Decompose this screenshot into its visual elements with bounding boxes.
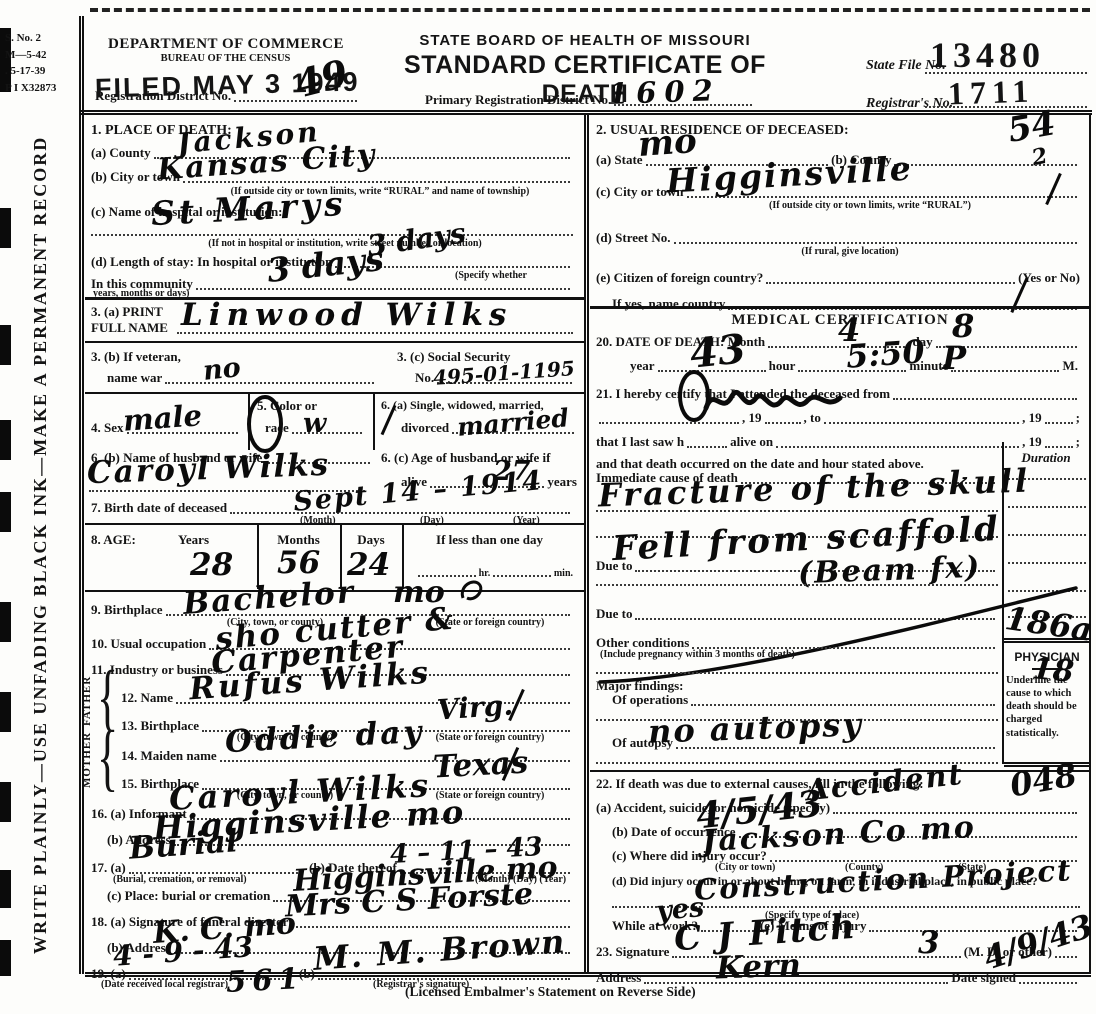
registrar-received-note: (Date received local registrar) xyxy=(101,979,228,990)
mother-brace: { xyxy=(97,721,118,796)
color-race-value: w xyxy=(303,410,326,437)
primary-district-value: 1602 xyxy=(608,76,722,109)
section-rule xyxy=(85,523,585,525)
veteran-row: name war xyxy=(107,370,377,386)
death-certificate-scan: S. No. 2 M—5-42 . 5-17-39 P I X32873 WRI… xyxy=(0,0,1096,1014)
ssn-no-label: No. xyxy=(415,370,434,386)
alive-on-label: alive on xyxy=(730,434,773,450)
father-birthplace-label: 13. Birthplace xyxy=(121,718,199,734)
binder-mark xyxy=(0,420,11,460)
veteran-namewar-label: name war xyxy=(107,370,162,386)
certify-semi: ; xyxy=(1076,410,1080,426)
form-code-line: S. No. 2 xyxy=(5,30,56,47)
binder-mark xyxy=(0,782,11,822)
last-saw-label: that I last saw h xyxy=(596,434,684,450)
father-name-label: 12. Name xyxy=(121,690,173,706)
form-code-line: P I X32873 xyxy=(5,80,56,97)
death-year-label: year xyxy=(630,358,655,374)
father-birthplace-note-state: (State or foreign country) xyxy=(405,732,575,743)
physician-signature-label: 23. Signature xyxy=(596,944,669,960)
section-rule xyxy=(590,306,1090,309)
signature-extra-mark: 3 xyxy=(918,928,940,959)
dotted-line xyxy=(1008,506,1086,508)
stat-code-2: 18 xyxy=(1031,654,1075,688)
dotted-line xyxy=(674,240,1078,244)
citizen-country-row: If yes, name country xyxy=(612,296,1080,312)
autopsy-value: no autopsy xyxy=(648,708,864,747)
residence-street-note: (If rural, give location) xyxy=(770,246,930,257)
form-code-line: M—5-42 xyxy=(5,47,56,64)
dotted-line xyxy=(234,98,357,102)
dotted-line xyxy=(165,380,374,384)
state-file-value: 13480 xyxy=(930,34,1045,76)
dotted-line xyxy=(91,234,573,236)
embalmer-note: (Licensed Embalmer's Statement on Revers… xyxy=(405,984,696,1000)
residence-city-note: (If outside city or town limits, write “… xyxy=(720,200,1020,211)
operations-label: Of operations xyxy=(612,692,688,708)
registrar-no-label: Registrar's No. xyxy=(866,96,953,112)
department-line1: DEPARTMENT OF COMMERCE xyxy=(108,36,343,53)
veteran-value: no xyxy=(202,354,242,385)
age-min-label: min. xyxy=(554,568,573,579)
spouse-age-unit: years xyxy=(547,474,577,490)
primary-district-label: Primary Registration District No. xyxy=(425,92,611,108)
binder-mark xyxy=(0,940,11,976)
accident-value: Accident xyxy=(805,760,965,805)
dotted-line xyxy=(493,573,551,577)
margin-code-value: 54 xyxy=(1005,106,1058,148)
dotted-line xyxy=(196,286,570,290)
dotted-line xyxy=(824,420,1019,424)
cell-divider xyxy=(373,394,375,450)
death-m-label: M. xyxy=(1062,358,1078,374)
age-months-value: 56 xyxy=(277,548,320,579)
disposition-note: (Burial, cremation, or removal) xyxy=(113,874,247,885)
section-rule xyxy=(85,341,585,343)
dotted-line xyxy=(1008,562,1086,564)
date-signed-label: Date signed xyxy=(951,970,1016,986)
citizen-country-label: If yes, name country xyxy=(612,296,725,312)
mother-name-label: 14. Maiden name xyxy=(121,748,217,764)
mother-section-label: MOTHER xyxy=(81,732,93,788)
dotted-line xyxy=(1045,444,1073,448)
birthdate-label: 7. Birth date of deceased xyxy=(91,500,227,516)
death-ampm-value: P xyxy=(942,342,966,374)
burial-place-label: (c) Place: burial or cremation xyxy=(107,888,270,904)
registration-district-label: Registration District No. xyxy=(95,88,231,104)
county-label: (a) County xyxy=(91,145,151,161)
dotted-line xyxy=(1008,534,1086,536)
dotted-line xyxy=(925,106,1087,108)
binder-mark xyxy=(0,602,11,642)
residence-state-label: (a) State xyxy=(596,152,643,168)
full-name-label-line2: FULL NAME xyxy=(91,320,168,336)
ink-oval-mark xyxy=(457,576,487,606)
other-conditions-note: (Include pregnancy within 3 months of de… xyxy=(600,649,795,660)
age-col-days: Days xyxy=(340,532,402,548)
citizen-label: (e) Citizen of foreign country? xyxy=(596,270,763,286)
binder-mark xyxy=(0,208,11,248)
disposition-value: Burial xyxy=(128,826,239,865)
right-column: 2. USUAL RESIDENCE OF DECEASED: 54 2 (a)… xyxy=(590,118,1090,973)
dotted-line xyxy=(1019,980,1077,984)
registration-district-row: Registration District No. xyxy=(95,88,360,104)
left-column: 1. PLACE OF DEATH: (a) County Jackson (b… xyxy=(85,118,585,973)
last-saw-semi: ; xyxy=(1076,434,1080,450)
father-section-label: FATHER xyxy=(81,670,93,726)
spouse-name-value: Caroyl Wilks xyxy=(87,450,331,489)
dotted-line xyxy=(687,444,727,448)
death-day-value: 8 xyxy=(952,310,974,342)
marital-label2: divorced xyxy=(401,420,449,436)
dotted-line xyxy=(596,672,998,674)
full-name-label-line1: 3. (a) PRINT xyxy=(91,304,168,320)
dotted-line xyxy=(230,510,570,514)
dotted-line xyxy=(766,280,1015,284)
ink-scrawl xyxy=(678,368,853,430)
sidebar-instruction: WRITE PLAINLY—USE UNFADING BLACK INK—MAK… xyxy=(30,130,51,960)
dotted-line xyxy=(894,162,1077,166)
occupation-label: 10. Usual occupation xyxy=(91,636,206,652)
form-code-line: . 5-17-39 xyxy=(5,63,56,80)
binder-mark xyxy=(0,692,11,732)
dotted-line xyxy=(893,396,1077,400)
dotted-line xyxy=(776,444,1019,448)
residence-state-value: mo xyxy=(637,124,698,162)
cell-divider xyxy=(257,525,259,589)
ink-oval-mark xyxy=(245,394,289,454)
birthplace-label: 9. Birthplace xyxy=(91,602,163,618)
left-frame-line xyxy=(79,16,84,974)
age-col-less: If less than one day xyxy=(402,532,577,548)
board-title: STATE BOARD OF HEALTH OF MISSOURI xyxy=(395,32,775,49)
certify-19b: , 19 xyxy=(1022,410,1042,426)
sex-value: male xyxy=(122,401,203,435)
last-saw-row: that I last saw h alive on , 19 ; xyxy=(596,434,1080,450)
dotted-line xyxy=(951,368,1059,372)
residence-street-row: (d) Street No. xyxy=(596,230,1080,246)
binder-mark xyxy=(0,325,11,365)
accident-code: 048 xyxy=(1008,758,1079,801)
top-dashed-border xyxy=(90,8,1090,12)
death-hour-value: 5:50 xyxy=(845,335,926,372)
veteran-label: 3. (b) If veteran, xyxy=(91,349,181,365)
citizen-row: (e) Citizen of foreign country? (Yes or … xyxy=(596,270,1080,286)
footer-code: 561 xyxy=(225,964,305,997)
form-code-block: S. No. 2 M—5-42 . 5-17-39 P I X32873 xyxy=(5,30,56,96)
age-years-value: 28 xyxy=(190,550,233,581)
hospital-value: St Marys xyxy=(150,187,347,230)
residence-street-label: (d) Street No. xyxy=(596,230,671,246)
father-birthplace-value: Virg. xyxy=(436,691,514,724)
dotted-line xyxy=(1045,420,1073,424)
section-rule xyxy=(85,392,585,394)
sex-label: 4. Sex xyxy=(91,420,124,436)
full-name-label: 3. (a) PRINT FULL NAME xyxy=(91,304,168,335)
age-col-years: Years xyxy=(130,532,257,548)
binder-mark xyxy=(0,492,11,532)
binder-mark xyxy=(0,870,11,908)
last-saw-19: , 19 xyxy=(1022,434,1042,450)
full-name-value: Linwood Wilks xyxy=(181,300,512,331)
operations-row: Of operations xyxy=(612,692,998,708)
usual-residence-title: 2. USUAL RESIDENCE OF DECEASED: xyxy=(596,123,849,139)
